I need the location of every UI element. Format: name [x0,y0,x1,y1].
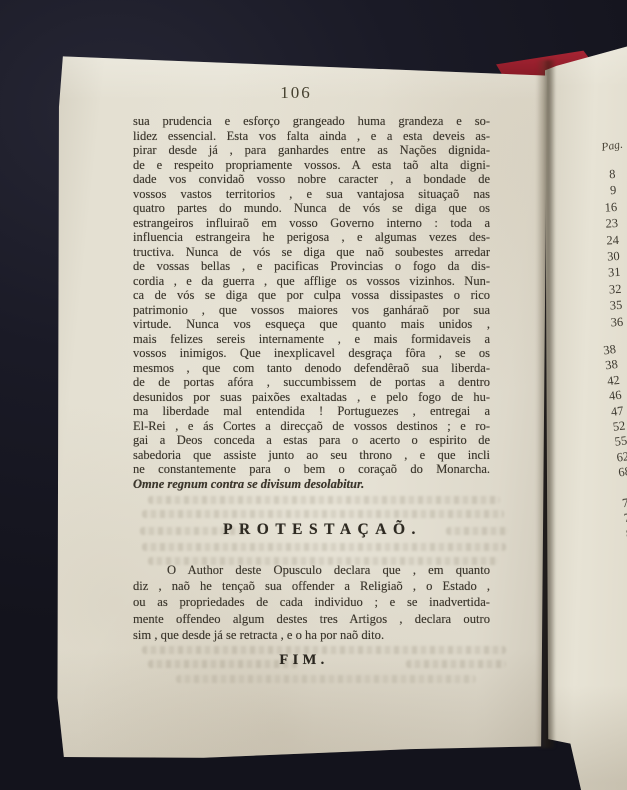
page-number: 106 [236,83,356,103]
index-number: 30 [549,248,620,268]
bleed-through-text [148,496,500,504]
index-number: 8 [545,166,616,186]
index-number: 76 [566,510,627,534]
index-number: 38 [546,342,617,366]
body-paragraph: sua prudencia e esforço grangeado huma g… [133,114,490,491]
bleed-through-text [142,510,504,518]
index-number: 46 [551,388,622,412]
text-line: mente offendeo algum destes tres Artigos… [133,611,490,627]
text-line: O Author deste Opusculo declara que , em… [133,562,490,578]
text-line: diz , naõ he tençaõ sua offender a Relig… [133,578,490,594]
index-ditto-mark: ,, [562,479,627,503]
index-number: 17 [613,545,627,565]
index-number: 68 [561,464,627,488]
index-number: 87 [570,541,627,565]
text-line: estrangeiros influiraõ em vosso Governo … [133,216,490,231]
text-line: tructiva. Nunca de vós se diga que naõ s… [133,245,490,260]
index-number: 9 [546,182,617,202]
index-number: 7 [610,514,627,534]
text-line: ma liberdade mal entendida ! Portuguezes… [133,404,490,419]
index-number: 23 [548,215,619,235]
index-number: 31 [550,264,621,284]
index-number: 52 [555,418,626,442]
text-line: ou as propriedades de cada individuo ; e… [133,594,490,610]
bleed-through-text [176,675,476,683]
text-line: vossos inimigos. Que inexplicavel desgra… [133,346,490,361]
index-number: 16 [547,199,618,219]
text-line: cordia , e da guerra , que afflige os vo… [133,274,490,289]
index-number: 35 [552,297,623,317]
text-line: vossos vastos territorios , e sua vantaj… [133,187,490,202]
protest-paragraph: O Author deste Opusculo declara que , em… [133,562,490,643]
index-number: 29 [614,561,627,581]
index-number: 42 [549,373,620,397]
index-page-edge: Pag. 8 9 16 23 24 30 31 32 35 36 38 38 4… [545,42,627,790]
text-line: influencia estrangeira he perigosa , e a… [133,230,490,245]
section-heading-protestacao: PROTESTAÇAÕ. [133,521,490,539]
index-lower-column: 38 38 42 46 47 52 55 62 68 ,, 70 76 82 8… [546,342,627,580]
text-line: ca de vós se diga que por culpa vossa di… [133,288,490,303]
index-number: 32 [551,281,622,301]
index-number: 24 [549,231,620,251]
text-line: desunidos por suas paixões exaltadas , e… [133,390,490,405]
text-line: mesmos , que com tanto denodo defendêraõ… [133,361,490,376]
text-line: de vossas bellas , e pacificas Provincia… [133,259,490,274]
text-line: mais felizes sereis internamente , e mai… [133,332,490,347]
text-line: patrimonio , que vossos maiores vos ganh… [133,303,490,318]
index-number: 2 [600,402,627,422]
text-line: sim , que desde já se retracta , e o ha … [133,627,490,643]
index-number: 2 [602,418,627,438]
text-line: de e respeito propriamente vossos. A est… [133,158,490,173]
index-number: 89 [572,556,627,580]
index-number: 11 [609,498,627,518]
fim-label: FIM. [144,652,464,669]
index-pag-header: Pag. [578,139,623,158]
text-line: sua prudencia e esforço grangeado huma g… [133,114,490,129]
index-number: 55 [557,434,627,458]
text-line: quatro partes do mundo. Nunca de vós se … [133,201,490,216]
text-line: pirar desde já , para ganhardes entre as… [133,143,490,158]
text-line: virtude. Nunca vos esqueça que quanto ma… [133,317,490,332]
text-line: gai a Deos conceda a estas para o acerto… [133,433,490,448]
index-number: 62 [559,449,627,473]
text-line: dade vos convidaõ vosso nobre caracter ,… [133,172,490,187]
text-line: sabedoria que assiste junto ao seu thron… [133,448,490,463]
index-upper-column: 8 9 16 23 24 30 31 32 35 36 [545,166,623,333]
index-number: 10 [607,482,627,502]
index-number: 6 [611,530,627,550]
text-line: de de portas afóra , succumbissem de por… [133,375,490,390]
index-number: 36 [553,313,624,333]
index-cutoff-column: 2 2 2 1 14 10 11 7 6 17 29 22 [600,402,627,597]
index-number: 82 [568,525,627,549]
index-number: 22 [615,577,627,597]
text-line: El-Rei , e ás Cortes a direcçaõ de vosso… [133,419,490,434]
text-line: ne constantemente para o bem o coraçaõ d… [133,462,490,477]
book-photo-scene: Pag. 8 9 16 23 24 30 31 32 35 36 38 38 4… [0,0,627,790]
index-number: 2 [603,434,627,454]
text-line: lidez essencial. Esta vos falta ainda , … [133,129,490,144]
index-number: 1 [604,450,627,470]
index-number: 38 [547,357,618,381]
index-number: 70 [564,495,627,519]
bleed-through-text [142,543,506,551]
index-number: 14 [606,466,627,486]
index-number: 47 [553,403,624,427]
latin-sentence: Omne regnum contra se divisum desolabitu… [133,477,490,492]
book-page-106: 106 sua prudencia e esforço grangeado hu… [56,50,548,762]
